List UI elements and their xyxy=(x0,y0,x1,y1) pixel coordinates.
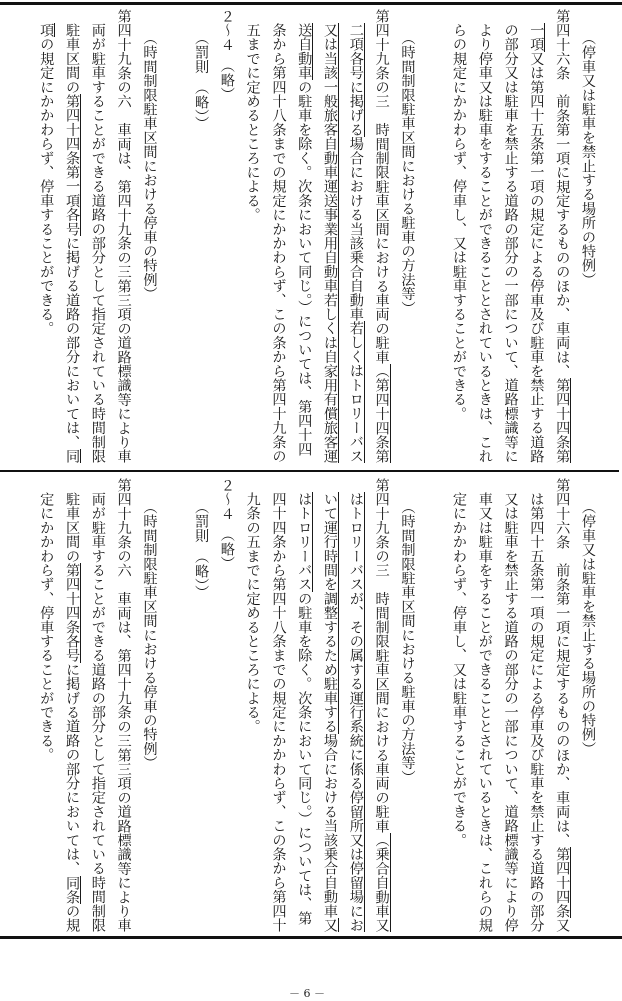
text-line: 五までに定めるところによる。 xyxy=(239,9,265,469)
text-segment: 又 xyxy=(554,918,570,932)
blank-line xyxy=(161,9,187,469)
text-line: 両が駐車することができる道路の部分として指定されている時間制限 xyxy=(84,478,110,938)
text-line: 四十四条から第四十八条までの規定にかかわらず、この条から第四十 xyxy=(265,478,291,938)
caption-line: （罰則 （略）） xyxy=(187,478,213,938)
text-segment: （停車又は駐車を禁止する場所の特例） xyxy=(580,31,596,287)
text-line: 又は当該一般旅客自動車運送事業用自動車若しくは自家用有償旅客運 xyxy=(316,9,342,469)
blank-line xyxy=(419,478,445,938)
text-segment: 場合における当該乗合自動車 xyxy=(348,137,364,322)
text-segment: の部分又は駐車を禁止する道路の部分の一部について、道路標識等に xyxy=(503,23,519,463)
sidelined-text: 第四十四条第 xyxy=(554,378,571,463)
upper-provision-block: （停車又は駐車を禁止する場所の特例） 第四十六条 前条第一項に規定するもののほか… xyxy=(32,9,600,469)
text-line: 二項各号に掲げる場合における当該乗合自動車若しくはトロリーバス xyxy=(342,9,368,469)
text-segment: 第四十九条の三 時間制限駐車区間における車両の駐車 xyxy=(374,9,390,364)
text-line: 条から第四十八条までの規定にかかわらず、この条から第四十九条の xyxy=(265,9,291,469)
sidelined-text: 同 xyxy=(64,449,81,463)
caption-line: （時間制限駐車区間における停車の特例） xyxy=(136,478,162,938)
caption-line: （時間制限駐車区間における駐車の方法等） xyxy=(394,9,420,469)
text-line: はトロリーバスが、その属する運行系統に係る停留所又は停留場にお xyxy=(342,478,368,938)
text-line: 定にかかわらず、停車することができる。 xyxy=(32,478,58,938)
blank-line xyxy=(419,9,445,469)
sidelined-text: はトロリーバスが、その属する運行系統に係る停留所又は停留場にお xyxy=(348,492,365,932)
middle-rule xyxy=(0,470,619,472)
sidelined-text: 項 xyxy=(38,23,55,37)
text-segment: 駐車区間の xyxy=(64,23,80,94)
text-line: 定にかかわらず、停車し、又は駐車することができる。 xyxy=(445,478,471,938)
sidelined-text: 第四十四条各号 xyxy=(64,563,81,662)
article-line: 第四十六条 前条第一項に規定するもののほか、車両は、第四十四条第 xyxy=(548,9,574,469)
text-segment: 九条の五までに定めるところによる。 xyxy=(245,492,261,733)
text-line: はトロリーバスの駐車を除く。次条において同じ。）については、第 xyxy=(290,478,316,938)
caption-line: （停車又は駐車を禁止する場所の特例） xyxy=(574,478,600,938)
caption-line: （停車又は駐車を禁止する場所の特例） xyxy=(574,9,600,469)
text-segment: 第四十九条の六 車両は、第四十九条の三第三項の道路標識等により車 xyxy=(116,478,132,932)
text-line: らの規定にかかわらず、停車し、又は駐車することができる。 xyxy=(445,9,471,469)
text-segment: に掲げる道路の部分においては、 xyxy=(64,663,80,876)
text-segment: （罰則 （略）） xyxy=(193,500,209,599)
top-rule xyxy=(0,2,622,5)
text-segment: 第四十六条 前条第一項に規定するもののほか、車両は、 xyxy=(554,9,570,378)
page-number: － 6 － xyxy=(0,988,614,1000)
text-segment: の規定にかかわらず、停車することができる。 xyxy=(38,37,54,335)
bottom-rule xyxy=(0,936,622,939)
text-segment: 駐車区間の xyxy=(64,492,80,563)
caption-line: （時間制限駐車区間における駐車の方法等） xyxy=(394,478,420,938)
blank-line xyxy=(161,478,187,938)
text-segment: の規 xyxy=(64,904,80,932)
text-segment: らの規定にかかわらず、停車し、又は駐車することができる。 xyxy=(451,23,467,421)
sidelined-text: 若しくはトロリーバス xyxy=(348,321,365,463)
text-segment: 又は駐車を禁止する道路の部分の一部について、道路標識等により停 xyxy=(503,492,519,932)
text-line: は第四十五条第一項の規定による停車及び駐車を禁止する道路の部分 xyxy=(523,478,549,938)
text-segment: に掲げる道路の部分においては、 xyxy=(64,236,80,449)
article-line: 第四十六条 前条第一項に規定するもののほか、車両は、第四十四条又 xyxy=(548,478,574,938)
text-segment: より停車又は駐車をすることができることとされているときは、これ xyxy=(477,23,493,463)
paragraph-omitted-line: ２～４ （略） xyxy=(213,9,239,469)
text-line: の部分又は駐車を禁止する道路の部分の一部について、道路標識等に xyxy=(497,9,523,469)
text-segment: 四十四条から第四十八条までの規定にかかわらず、この条から第四十 xyxy=(270,492,286,932)
text-segment: （停車又は駐車を禁止する場所の特例） xyxy=(580,500,596,756)
text-segment: 又は第四十五条第一項の規定による停車及び駐車を禁止する道路 xyxy=(528,52,544,464)
text-line: 又は駐車を禁止する道路の部分の一部について、道路標識等により停 xyxy=(497,478,523,938)
paragraph-omitted-line: ２～４ （略） xyxy=(213,478,239,938)
text-segment: の駐車を除く。次条において同じ。）については、第四十四 xyxy=(296,80,312,456)
text-line: 九条の五までに定めるところによる。 xyxy=(239,478,265,938)
lower-provision-block: （停車又は駐車を禁止する場所の特例） 第四十六条 前条第一項に規定するもののほか… xyxy=(32,478,600,938)
text-line: 駐車区間の第四十四条各号に掲げる道路の部分においては、同条の規 xyxy=(58,478,84,938)
sidelined-text: 送自動車 xyxy=(296,23,313,80)
sidelined-text: 一項 xyxy=(528,23,545,51)
text-segment: （時間制限駐車区間における駐車の方法等） xyxy=(399,31,415,315)
text-segment: 第四十九条の三 時間制限駐車区間における車両の駐車 xyxy=(374,478,390,833)
text-line: 駐車区間の第四十四条第一項各号に掲げる道路の部分においては、同 xyxy=(58,9,84,469)
text-segment: 両が駐車することができる道路の部分として指定されている時間制限 xyxy=(90,23,106,463)
sidelined-text: 二項各号に掲げる xyxy=(348,23,365,137)
caption-line: （時間制限駐車区間における停車の特例） xyxy=(136,9,162,469)
text-line: 送自動車の駐車を除く。次条において同じ。）については、第四十四 xyxy=(290,9,316,469)
text-segment: （罰則 （略）） xyxy=(193,31,209,130)
article-line: 第四十九条の三 時間制限駐車区間における車両の駐車（第四十四条第 xyxy=(368,9,394,469)
text-segment: 車又は駐車をすることができることとされているときは、これらの規 xyxy=(477,492,493,932)
text-segment: 第四十六条 前条第一項に規定するもののほか、車両は、 xyxy=(554,478,570,847)
text-segment: ２～４ （略） xyxy=(219,9,235,101)
caption-line: （罰則 （略）） xyxy=(187,9,213,469)
article-line: 第四十九条の三 時間制限駐車区間における車両の駐車（乗合自動車又 xyxy=(368,478,394,938)
text-segment: は第四十五条第一項の規定による停車及び駐車を禁止する道路の部分 xyxy=(528,492,544,932)
text-line: いて運行時間を調整するため駐車する場合における当該乗合自動車又 xyxy=(316,478,342,938)
sidelined-text: （乗合自動車又 xyxy=(374,833,391,932)
sidelined-text: （第四十四条第 xyxy=(374,364,391,463)
text-segment: 第四十九条の六 車両は、第四十九条の三第三項の道路標識等により車 xyxy=(116,9,132,463)
text-line: より停車又は駐車をすることができることとされているときは、これ xyxy=(471,9,497,469)
text-segment: 定にかかわらず、停車し、又は駐車することができる。 xyxy=(451,492,467,847)
text-line: 車又は駐車をすることができることとされているときは、これらの規 xyxy=(471,478,497,938)
text-segment: （時間制限駐車区間における停車の特例） xyxy=(141,500,157,770)
text-line: 一項又は第四十五条第一項の規定による停車及び駐車を禁止する道路 xyxy=(523,9,549,469)
text-segment: 定にかかわらず、停車することができる。 xyxy=(38,492,54,762)
sidelined-text: はトロリーバス xyxy=(296,492,313,591)
text-line: 項の規定にかかわらず、停車することができる。 xyxy=(32,9,58,469)
sidelined-text: 第四十四条第一項各号 xyxy=(64,94,81,236)
article-line: 第四十九条の六 車両は、第四十九条の三第三項の道路標識等により車 xyxy=(110,478,136,938)
text-segment: 場合における当該乗合自動車 xyxy=(322,734,338,919)
text-segment: （時間制限駐車区間における停車の特例） xyxy=(141,31,157,301)
text-segment: の駐車を除く。次条において同じ。）については、第 xyxy=(296,592,312,926)
sidelined-text: 第四十四条 xyxy=(554,847,571,918)
article-line: 第四十九条の六 車両は、第四十九条の三第三項の道路標識等により車 xyxy=(110,9,136,469)
text-segment: 五までに定めるところによる。 xyxy=(245,23,261,222)
text-line: 両が駐車することができる道路の部分として指定されている時間制限 xyxy=(84,9,110,469)
text-segment: 条から第四十八条までの規定にかかわらず、この条から第四十九条の xyxy=(270,23,286,463)
text-segment: 両が駐車することができる道路の部分として指定されている時間制限 xyxy=(90,492,106,932)
sidelined-text: 又は当該一般旅客自動車運送事業用自動車若しくは自家用有償旅客運 xyxy=(322,23,339,463)
text-segment: （時間制限駐車区間における駐車の方法等） xyxy=(399,500,415,784)
sidelined-text: 同条 xyxy=(64,876,81,904)
text-segment: ２～４ （略） xyxy=(219,478,235,570)
sidelined-text: いて運行時間を調整するため駐車する xyxy=(322,492,339,733)
sidelined-text: 又 xyxy=(322,918,339,932)
